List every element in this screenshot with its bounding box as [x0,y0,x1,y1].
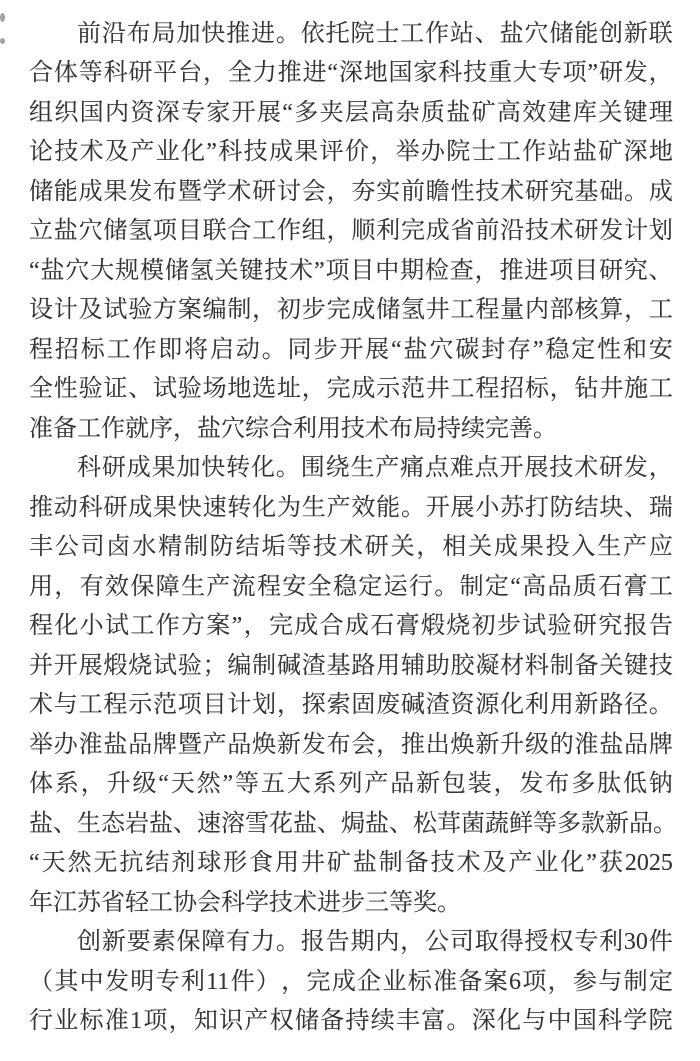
text-char: 流 [232,575,256,599]
text-char: 定 [649,970,673,994]
text-char: 续 [371,1009,395,1033]
text-char: 平 [153,61,177,85]
text-char: 术 [289,259,313,283]
text-char: 发 [624,456,648,480]
text-char: 获 [599,851,623,875]
text-char: 助 [426,654,450,678]
text-char: 防 [550,496,574,520]
text-char: 花 [269,812,293,836]
text-char: 址 [277,377,301,401]
text-char: 穴 [221,417,245,441]
text-char: 研 [103,496,127,520]
text-char: ” [314,259,325,283]
text-char: 持 [345,1009,369,1033]
text-char: 科 [77,456,101,480]
text-char: 地 [227,377,251,401]
text-char: 鲜 [509,812,533,836]
text-char: 内 [375,930,399,954]
text-char: 卤 [106,535,130,559]
text-char: ， [252,298,276,322]
text-char: 程 [475,298,499,322]
text-char: 形 [223,851,247,875]
text-char: 核 [575,298,599,322]
text-char: 计 [624,219,648,243]
text-char: 苏 [500,496,524,520]
text-char: 、 [624,496,648,520]
text-char: 碱 [277,654,301,678]
text-char: 能 [574,22,598,46]
text-char: 中 [548,1009,572,1033]
text-char: 定 [358,575,382,599]
text-char: 地 [649,140,673,164]
text-char: 创 [599,22,623,46]
text-char: 术 [457,851,481,875]
text-line: 程招标工作即将启动。同步开展“盐穴碳封存”稳定性和安 [29,330,673,370]
text-char: 盐 [365,812,389,836]
text-line: 科研成果加快转化。围绕生产痛点难点开展技术研发， [29,449,673,489]
text-char: 省 [451,219,475,243]
text-char: 项 [563,61,587,85]
text-char: 路 [351,654,375,678]
text-char: 速 [203,496,227,520]
text-char: 制 [624,970,648,994]
text-char: 废 [376,693,400,717]
text-char: 牌 [649,733,673,757]
text-char: 基 [575,180,599,204]
text-char: 件 [231,970,255,994]
paragraph: 科研成果加快转化。围绕生产痛点难点开展技术研发，推动科研成果快速转化为生产效能。… [29,449,673,923]
text-char: 果 [294,140,318,164]
text-char: 知 [194,1009,218,1033]
text-char: 组 [302,219,326,243]
text-char: 基 [327,654,351,678]
text-char: 办 [421,140,445,164]
text-char: 牌 [153,733,177,757]
text-char: ， [475,259,499,283]
text-char: 丰 [29,535,53,559]
text-char: 目 [350,259,374,283]
text-char: 开 [426,496,450,520]
text-char: “ [510,575,521,599]
text-char: 目 [574,259,598,283]
text-char: 评 [320,140,344,164]
text-char: 工 [149,891,173,915]
text-char: 研 [525,180,549,204]
text-char: 部 [550,298,574,322]
text-char: 技 [463,61,487,85]
text-char: 键 [624,101,648,125]
text-char: 防 [210,535,234,559]
text-char: “ [391,338,402,362]
text-char: 院 [649,1009,673,1033]
text-char: 研 [599,61,623,85]
text-char: 程 [257,575,281,599]
text-char: 与 [522,1009,546,1033]
text-char: 目 [203,693,227,717]
text-char: ， [173,417,197,441]
text-char: 业 [534,851,558,875]
text-char: ， [277,693,301,717]
text-char: 果 [153,496,177,520]
text-char: 权 [549,930,573,954]
text-char: 布 [545,772,569,796]
text-char: 学 [203,180,227,204]
text-char: 盐 [29,812,53,836]
text-char: 品 [629,812,653,836]
text-char: 推 [29,496,53,520]
text-char: 低 [623,772,647,796]
text-char: 的 [550,733,574,757]
text-char: 瞻 [426,180,450,204]
text-char: 技 [341,417,365,441]
text-char: 得 [500,930,524,954]
text-char: 完 [401,219,425,243]
text-char: 取 [475,930,499,954]
text-char: 高 [370,101,394,125]
text-char: 方 [153,298,177,322]
text-char: 雪 [245,812,269,836]
text-char: 存 [507,338,531,362]
text-char: 序 [149,417,173,441]
text-char: 、 [475,22,499,46]
text-char: 成 [127,456,151,480]
text-char: 发 [302,733,326,757]
text-char: 工 [77,417,101,441]
text-char: 品 [548,575,572,599]
text-char: 内 [105,101,129,125]
text-char: 产 [130,140,154,164]
text-line: “天然无抗结剂球形食用井矿盐制备技术及产业化”获2025 [29,844,673,884]
text-char: 入 [571,535,595,559]
text-char: 矿 [327,851,351,875]
text-char: 质 [573,575,597,599]
text-char: 等 [235,772,259,796]
text-char: 建 [548,101,572,125]
text-char: 布 [127,22,151,46]
text-char: 标 [80,1009,104,1033]
text-line: 行业标准1项，知识产权储备持续丰富。深化与中国科学院 [29,1002,673,1042]
document-text: 前沿布局加快推进。依托院士工作站、盐穴储能创新联合体等科研平台，全力推进“深地国… [29,14,673,1041]
text-char: 其 [54,970,78,994]
text-char: 行 [29,1009,53,1033]
text-char: ， [244,614,268,638]
text-char: 键 [239,259,263,283]
text-char: 制 [550,654,574,678]
text-char: ， [81,772,105,796]
text-char: ” [223,772,234,796]
text-char: 验 [178,377,202,401]
text-char: 焗 [341,812,365,836]
text-char: 技 [431,851,455,875]
text-line: （其中发明专利11件），完成企业标准备案6项，参与制定 [29,962,673,1002]
text-char: 茸 [437,812,461,836]
text-char: 利 [293,417,317,441]
text-char: 合 [269,417,293,441]
text-char: 碳 [455,338,479,362]
text-char: 进 [317,891,341,915]
text-char: 系 [313,772,337,796]
text-char: 目 [178,219,202,243]
text-line: 盐、生态岩盐、速溶雪花盐、焗盐、松茸菌蔬鲜等多款新品。 [29,804,673,844]
text-char: 无 [93,851,117,875]
text-char: 果 [520,535,544,559]
text-char: 中 [80,970,104,994]
text-char: 准 [29,417,53,441]
text-char: 难 [450,456,474,480]
text-char: 钠 [649,772,673,796]
text-char: 工 [649,298,673,322]
text-char: 安 [649,338,673,362]
text-line: 用，有效保障生产流程安全稳定运行。制定“高品质石膏工 [29,567,673,607]
text-char: 用 [29,575,53,599]
text-line: 立盐穴储氢项目联合工作组，顺利完成省前沿技术研发计划 [29,212,673,252]
text-char: 有 [80,575,104,599]
text-char: 业 [54,1009,78,1033]
text-line: 设计及试验方案编制，初步完成储氢井工程量内部核算，工 [29,291,673,331]
text-char: 稳 [545,338,569,362]
text-char: 产 [364,772,388,796]
text-char: 项 [153,219,177,243]
text-char: 划 [252,693,276,717]
text-char: 完 [485,417,509,441]
text-char: 技 [313,535,337,559]
text-char: 成 [351,377,375,401]
text-char: 键 [624,654,648,678]
text-char: 发 [105,970,129,994]
text-char: 高 [497,101,521,125]
text-char: 招 [500,377,524,401]
text-char: 安 [282,575,306,599]
text-char: 。 [649,693,673,717]
text-char: 初 [472,614,496,638]
text-char: 联 [649,22,673,46]
text-line: 年江苏省轻工协会科学技术进步三等奖。 [29,883,673,923]
text-char: 封 [481,338,505,362]
text-char: 、 [389,812,413,836]
text-char: 装 [468,772,492,796]
text-char: 展 [79,654,103,678]
text-line: 组织国内资深专家开展“多夹层高杂质盐矿高效建库关键理 [29,93,673,133]
text-char: 定 [571,338,595,362]
text-char: 工 [400,22,424,46]
text-line: 准备工作就序，盐穴综合利用技术布局持续完善。 [29,409,673,449]
text-char: 成 [345,614,369,638]
text-char: 态 [101,812,125,836]
text-char: 明 [130,970,154,994]
text-char: ” [232,614,243,638]
text-char: 业 [382,970,406,994]
text-char: 垢 [261,535,285,559]
text-char: 新 [575,693,599,717]
text-char: 识 [219,1009,243,1033]
text-char: 会 [197,891,221,915]
text-char: 水 [132,535,156,559]
text-char: ， [649,61,673,85]
text-char: 30 [624,930,648,954]
text-char: 淮 [575,733,599,757]
text-char: 术 [500,180,524,204]
text-char: 井 [426,298,450,322]
text-char: 制 [460,575,484,599]
text-char: 升 [500,733,524,757]
text-char: 步 [341,891,365,915]
text-char: 松 [413,812,437,836]
text-char: 食 [249,851,273,875]
text-char: 关 [599,654,623,678]
text-char: 试 [153,654,177,678]
text-char: 进 [251,22,275,46]
text-char: 化 [497,1009,521,1033]
text-char: 工 [497,140,521,164]
text-line: 全性验证、试验场地选址，完成示范井工程招标，钻井施工 [29,370,673,410]
text-char: ， [203,61,227,85]
text-char: 研 [128,61,152,85]
text-char: 溶 [221,812,245,836]
text-char: 瑞 [649,496,673,520]
text-line: 程化小试工作方案”，完成合成石膏煅烧初步试验研究报告 [29,607,673,647]
text-char: 授 [524,930,548,954]
text-char: 将 [184,338,208,362]
text-char: 焕 [252,733,276,757]
text-char: 结 [575,496,599,520]
text-char: 善 [509,417,533,441]
text-char: 。 [447,1009,471,1033]
text-char: 定 [485,575,509,599]
text-char: 推 [500,259,524,283]
text-char: 焕 [451,733,475,757]
text-char: ， [281,970,305,994]
text-char: “ [29,259,40,283]
text-char: 、 [128,377,152,401]
text-char: 研 [102,456,126,480]
text-char: 。 [533,417,557,441]
text-char: 标 [81,338,105,362]
text-char: 技 [54,140,78,164]
text-char: 料 [525,654,549,678]
text-char: 力 [253,61,277,85]
text-char: 深 [472,1009,496,1033]
text-char: 菌 [461,812,485,836]
text-char: 成 [494,535,518,559]
text-char: 方 [181,614,205,638]
text-char: 检 [425,259,449,283]
text-char: 项 [325,259,349,283]
text-char: 。 [401,496,425,520]
text-char: 化 [54,614,78,638]
text-char: ” [533,338,544,362]
text-char: 展 [365,338,389,362]
text-char: 2025 [625,851,673,875]
text-char: 试 [105,614,129,638]
text-char: 备 [575,654,599,678]
text-char: 算 [599,298,623,322]
text-char: 准 [105,1009,129,1033]
text-char: 结 [145,851,169,875]
text-char: 烧 [446,614,470,638]
text-char: 大 [513,61,537,85]
text-char: 用 [275,851,299,875]
text-char: 联 [203,219,227,243]
text-char: （ [29,970,53,994]
text-char: 深 [339,61,363,85]
text-char: 工 [451,298,475,322]
text-char: 碱 [401,693,425,717]
text-char: 盐 [103,733,127,757]
text-char: 成 [79,180,103,204]
text-char: 程 [103,693,127,717]
text-char: 绕 [326,456,350,480]
text-char: 品 [624,733,648,757]
text-char: 用 [317,417,341,441]
text-char: 础 [599,180,623,204]
text-char: 展 [451,496,475,520]
text-line: 合体等科研平台，全力推进“深地国家科技重大专项”研发， [29,54,673,94]
text-char: 暨 [178,180,202,204]
text-char: 井 [301,851,325,875]
text-line: 创新要素保障有力。报告期内，公司取得授权专利30件 [29,923,673,963]
text-char: 能 [376,496,400,520]
text-char: 化 [500,693,524,717]
text-char: 能 [54,180,78,204]
text-char: 局 [152,22,176,46]
text-char: 展 [257,101,281,125]
text-line: 前沿布局加快推进。依托院士工作站、盐穴储能创新联 [29,14,673,54]
text-char: 推 [278,61,302,85]
text-char: 及 [79,298,103,322]
text-char: 计 [54,298,78,322]
text-char: 论 [29,140,53,164]
text-char: 工 [252,219,276,243]
text-char: 用 [550,693,574,717]
text-char: 效 [351,496,375,520]
text-char: 创 [77,930,101,954]
text-char: 径 [624,693,648,717]
text-char: 台 [178,61,202,85]
text-char: 级 [132,772,156,796]
text-char: 多 [294,101,318,125]
text-char: 保 [130,575,154,599]
text-char: 技 [475,180,499,204]
text-char: 项 [178,693,202,717]
text-char: 石 [598,575,622,599]
text-char: 科 [104,61,128,85]
text-char: 术 [80,140,104,164]
text-char: 综 [245,417,269,441]
text-char: 司 [81,535,105,559]
text-char: 盐 [293,812,317,836]
text-char: 研 [599,456,623,480]
text-char: 省 [101,891,125,915]
text-char: 动 [54,496,78,520]
text-char: 品 [128,733,152,757]
text-char: 膏 [396,614,420,638]
text-char: 术 [550,219,574,243]
text-char: 储 [29,180,53,204]
text-char: 快 [178,496,202,520]
text-char: 完 [327,298,351,322]
text-char: 应 [649,535,673,559]
text-char: 期 [350,930,374,954]
text-char: 家 [413,61,437,85]
text-char: ， [370,140,394,164]
text-char: 新 [416,772,440,796]
text-char: 利 [599,930,623,954]
text-char: 、 [53,812,77,836]
text-char: 盐 [500,22,524,46]
text-char: 究 [624,259,648,283]
text-char: 步 [497,614,521,638]
text-char: 选 [252,377,276,401]
